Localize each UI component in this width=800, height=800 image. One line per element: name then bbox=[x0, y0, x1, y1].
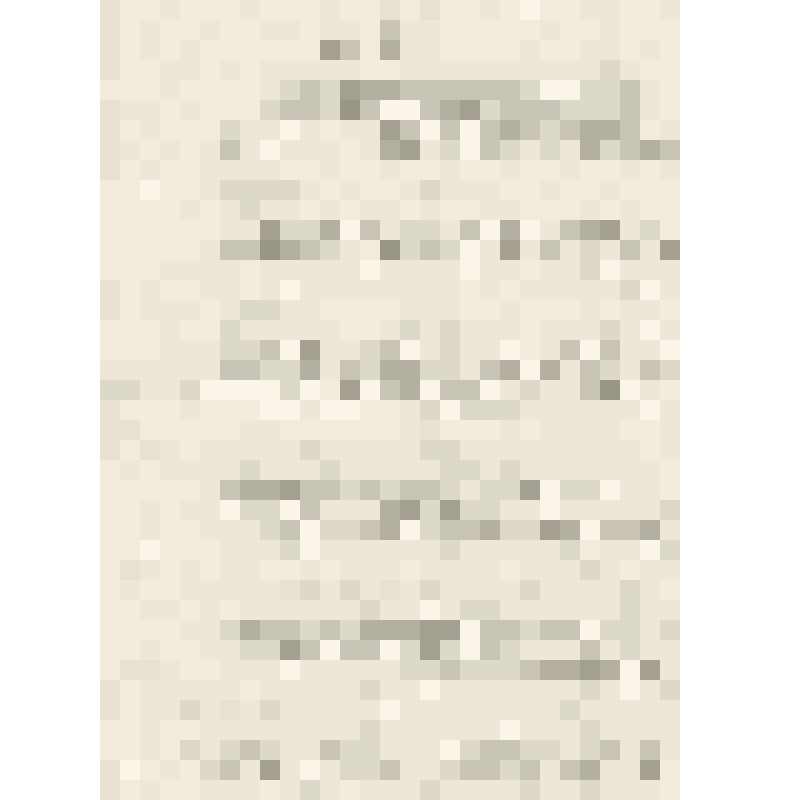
mosaic-block bbox=[520, 400, 540, 420]
mosaic-block bbox=[420, 520, 440, 540]
mosaic-block bbox=[120, 160, 140, 180]
mosaic-block bbox=[540, 200, 560, 220]
mosaic-block bbox=[500, 520, 520, 540]
mosaic-block bbox=[660, 200, 680, 220]
mosaic-block bbox=[440, 520, 460, 540]
mosaic-block bbox=[160, 260, 180, 280]
mosaic-block bbox=[620, 620, 640, 640]
mosaic-block bbox=[320, 320, 340, 340]
mosaic-block bbox=[100, 380, 120, 400]
mosaic-block bbox=[520, 360, 540, 380]
mosaic-block bbox=[220, 720, 240, 740]
mosaic-block bbox=[280, 40, 300, 60]
mosaic-block bbox=[140, 660, 160, 680]
mosaic-block bbox=[300, 580, 320, 600]
mosaic-block bbox=[140, 580, 160, 600]
mosaic-block bbox=[460, 640, 480, 660]
mosaic-block bbox=[220, 120, 240, 140]
mosaic-block bbox=[160, 560, 180, 580]
mosaic-block bbox=[200, 360, 220, 380]
mosaic-block bbox=[620, 400, 640, 420]
mosaic-block bbox=[100, 760, 120, 780]
mosaic-block bbox=[440, 200, 460, 220]
mosaic-block bbox=[460, 740, 480, 760]
mosaic-block bbox=[200, 80, 220, 100]
mosaic-block bbox=[240, 420, 260, 440]
mosaic-block bbox=[140, 720, 160, 740]
mosaic-block bbox=[180, 100, 200, 120]
mosaic-block bbox=[640, 200, 660, 220]
mosaic-block bbox=[360, 660, 380, 680]
mosaic-block bbox=[380, 780, 400, 800]
mosaic-block bbox=[620, 700, 640, 720]
mosaic-block bbox=[140, 520, 160, 540]
mosaic-block bbox=[600, 0, 620, 20]
mosaic-block bbox=[140, 160, 160, 180]
mosaic-block bbox=[280, 720, 300, 740]
mosaic-block bbox=[280, 500, 300, 520]
mosaic-block bbox=[540, 220, 560, 240]
mosaic-block bbox=[160, 400, 180, 420]
mosaic-block bbox=[500, 380, 520, 400]
mosaic-block bbox=[260, 400, 280, 420]
mosaic-block bbox=[540, 20, 560, 40]
mosaic-block bbox=[140, 400, 160, 420]
mosaic-block bbox=[320, 180, 340, 200]
mosaic-block bbox=[240, 160, 260, 180]
mosaic-block bbox=[100, 160, 120, 180]
mosaic-block bbox=[180, 140, 200, 160]
mosaic-block bbox=[540, 0, 560, 20]
mosaic-block bbox=[320, 500, 340, 520]
mosaic-block bbox=[200, 140, 220, 160]
mosaic-block bbox=[140, 420, 160, 440]
mosaic-block bbox=[120, 280, 140, 300]
mosaic-block bbox=[640, 160, 660, 180]
mosaic-block bbox=[300, 100, 320, 120]
mosaic-block bbox=[560, 500, 580, 520]
mosaic-block bbox=[520, 40, 540, 60]
mosaic-block bbox=[240, 0, 260, 20]
mosaic-block bbox=[400, 100, 420, 120]
mosaic-block bbox=[440, 420, 460, 440]
mosaic-block bbox=[120, 440, 140, 460]
mosaic-block bbox=[200, 620, 220, 640]
mosaic-block bbox=[400, 560, 420, 580]
mosaic-block bbox=[300, 200, 320, 220]
mosaic-block bbox=[600, 620, 620, 640]
mosaic-block bbox=[360, 140, 380, 160]
mosaic-block bbox=[420, 780, 440, 800]
mosaic-block bbox=[400, 740, 420, 760]
mosaic-block bbox=[640, 520, 660, 540]
mosaic-block bbox=[620, 420, 640, 440]
mosaic-block bbox=[220, 280, 240, 300]
mosaic-block bbox=[640, 780, 660, 800]
mosaic-block bbox=[320, 360, 340, 380]
mosaic-block bbox=[640, 680, 660, 700]
mosaic-block bbox=[200, 100, 220, 120]
mosaic-block bbox=[140, 200, 160, 220]
mosaic-block bbox=[440, 40, 460, 60]
mosaic-block bbox=[460, 420, 480, 440]
mosaic-block bbox=[220, 340, 240, 360]
mosaic-block bbox=[360, 100, 380, 120]
mosaic-block bbox=[660, 640, 680, 660]
mosaic-block bbox=[540, 540, 560, 560]
mosaic-block bbox=[660, 740, 680, 760]
mosaic-block bbox=[520, 560, 540, 580]
mosaic-block bbox=[560, 120, 580, 140]
mosaic-block bbox=[360, 640, 380, 660]
mosaic-block bbox=[360, 360, 380, 380]
mosaic-block bbox=[460, 680, 480, 700]
mosaic-block bbox=[220, 760, 240, 780]
mosaic-block bbox=[660, 760, 680, 780]
mosaic-block bbox=[180, 540, 200, 560]
mosaic-block bbox=[520, 160, 540, 180]
mosaic-block bbox=[600, 540, 620, 560]
mosaic-block bbox=[100, 500, 120, 520]
mosaic-block bbox=[300, 180, 320, 200]
mosaic-block bbox=[640, 340, 660, 360]
mosaic-block bbox=[620, 80, 640, 100]
mosaic-block bbox=[500, 80, 520, 100]
mosaic-block bbox=[620, 280, 640, 300]
mosaic-block bbox=[120, 780, 140, 800]
mosaic-block bbox=[560, 640, 580, 660]
mosaic-block bbox=[460, 340, 480, 360]
mosaic-block bbox=[380, 280, 400, 300]
mosaic-block bbox=[140, 600, 160, 620]
mosaic-block bbox=[660, 440, 680, 460]
mosaic-block bbox=[600, 560, 620, 580]
mosaic-block bbox=[180, 380, 200, 400]
mosaic-block bbox=[660, 300, 680, 320]
mosaic-block bbox=[160, 140, 180, 160]
mosaic-block bbox=[400, 180, 420, 200]
mosaic-block bbox=[200, 460, 220, 480]
mosaic-block bbox=[660, 500, 680, 520]
mosaic-block bbox=[220, 100, 240, 120]
mosaic-block bbox=[120, 740, 140, 760]
mosaic-block bbox=[560, 80, 580, 100]
mosaic-block bbox=[280, 780, 300, 800]
mosaic-block bbox=[420, 500, 440, 520]
mosaic-block bbox=[580, 660, 600, 680]
mosaic-block bbox=[660, 580, 680, 600]
mosaic-block bbox=[340, 540, 360, 560]
mosaic-block bbox=[200, 680, 220, 700]
mosaic-block bbox=[160, 700, 180, 720]
mosaic-block bbox=[640, 440, 660, 460]
mosaic-block bbox=[140, 380, 160, 400]
mosaic-block bbox=[120, 760, 140, 780]
mosaic-block bbox=[500, 300, 520, 320]
mosaic-block bbox=[580, 60, 600, 80]
mosaic-block bbox=[200, 240, 220, 260]
mosaic-block bbox=[440, 440, 460, 460]
mosaic-block bbox=[320, 760, 340, 780]
mosaic-block bbox=[640, 220, 660, 240]
mosaic-block bbox=[120, 580, 140, 600]
mosaic-block bbox=[600, 380, 620, 400]
mosaic-block bbox=[600, 140, 620, 160]
mosaic-block bbox=[160, 240, 180, 260]
mosaic-block bbox=[360, 320, 380, 340]
mosaic-block bbox=[420, 700, 440, 720]
mosaic-block bbox=[340, 180, 360, 200]
mosaic-block bbox=[560, 100, 580, 120]
mosaic-block bbox=[120, 520, 140, 540]
mosaic-block bbox=[280, 620, 300, 640]
mosaic-block bbox=[240, 60, 260, 80]
mosaic-block bbox=[440, 560, 460, 580]
mosaic-block bbox=[500, 280, 520, 300]
mosaic-block bbox=[360, 560, 380, 580]
mosaic-block bbox=[640, 480, 660, 500]
mosaic-block bbox=[220, 360, 240, 380]
mosaic-block bbox=[180, 580, 200, 600]
mosaic-block bbox=[200, 500, 220, 520]
mosaic-block bbox=[480, 480, 500, 500]
mosaic-block bbox=[280, 740, 300, 760]
mosaic-block bbox=[640, 620, 660, 640]
mosaic-block bbox=[320, 420, 340, 440]
mosaic-block bbox=[400, 660, 420, 680]
mosaic-block bbox=[600, 240, 620, 260]
mosaic-block bbox=[120, 0, 140, 20]
mosaic-block bbox=[140, 140, 160, 160]
mosaic-block bbox=[660, 260, 680, 280]
mosaic-block bbox=[460, 240, 480, 260]
mosaic-block bbox=[240, 620, 260, 640]
mosaic-block bbox=[560, 580, 580, 600]
mosaic-block bbox=[300, 420, 320, 440]
mosaic-block bbox=[380, 0, 400, 20]
mosaic-block bbox=[280, 400, 300, 420]
mosaic-block bbox=[620, 780, 640, 800]
mosaic-block bbox=[360, 260, 380, 280]
mosaic-block bbox=[140, 220, 160, 240]
mosaic-block bbox=[340, 220, 360, 240]
mosaic-block bbox=[160, 460, 180, 480]
mosaic-block bbox=[180, 520, 200, 540]
mosaic-block bbox=[580, 700, 600, 720]
mosaic-block bbox=[600, 700, 620, 720]
mosaic-block bbox=[380, 380, 400, 400]
mosaic-block bbox=[580, 260, 600, 280]
mosaic-block bbox=[280, 760, 300, 780]
mosaic-block bbox=[320, 160, 340, 180]
mosaic-block bbox=[480, 300, 500, 320]
mosaic-block bbox=[620, 340, 640, 360]
mosaic-block bbox=[460, 400, 480, 420]
mosaic-block bbox=[580, 120, 600, 140]
mosaic-block bbox=[300, 20, 320, 40]
mosaic-block bbox=[560, 300, 580, 320]
mosaic-block bbox=[320, 60, 340, 80]
mosaic-block bbox=[200, 480, 220, 500]
mosaic-block bbox=[260, 40, 280, 60]
mosaic-block bbox=[360, 40, 380, 60]
mosaic-block bbox=[100, 220, 120, 240]
mosaic-block bbox=[240, 200, 260, 220]
mosaic-block bbox=[440, 540, 460, 560]
mosaic-block bbox=[480, 80, 500, 100]
mosaic-block bbox=[420, 220, 440, 240]
mosaic-block bbox=[100, 580, 120, 600]
mosaic-block bbox=[240, 460, 260, 480]
mosaic-block bbox=[400, 300, 420, 320]
mosaic-block bbox=[100, 20, 120, 40]
mosaic-block bbox=[340, 740, 360, 760]
mosaic-block bbox=[600, 580, 620, 600]
mosaic-block bbox=[380, 760, 400, 780]
mosaic-block bbox=[340, 640, 360, 660]
mosaic-block bbox=[140, 360, 160, 380]
mosaic-block bbox=[420, 340, 440, 360]
mosaic-block bbox=[520, 220, 540, 240]
mosaic-block bbox=[220, 40, 240, 60]
mosaic-block bbox=[660, 320, 680, 340]
mosaic-block bbox=[600, 420, 620, 440]
mosaic-block bbox=[480, 420, 500, 440]
mosaic-block bbox=[440, 120, 460, 140]
mosaic-block bbox=[320, 680, 340, 700]
mosaic-block bbox=[380, 420, 400, 440]
mosaic-block bbox=[260, 600, 280, 620]
mosaic-block bbox=[240, 360, 260, 380]
mosaic-block bbox=[280, 420, 300, 440]
mosaic-block bbox=[260, 500, 280, 520]
mosaic-block bbox=[260, 380, 280, 400]
mosaic-block bbox=[400, 20, 420, 40]
mosaic-block bbox=[120, 60, 140, 80]
mosaic-block bbox=[420, 640, 440, 660]
mosaic-block bbox=[180, 780, 200, 800]
mosaic-block bbox=[460, 300, 480, 320]
mosaic-block bbox=[140, 240, 160, 260]
mosaic-block bbox=[540, 100, 560, 120]
mosaic-block bbox=[160, 640, 180, 660]
mosaic-block bbox=[340, 400, 360, 420]
mosaic-block bbox=[160, 440, 180, 460]
mosaic-block bbox=[160, 380, 180, 400]
mosaic-block bbox=[300, 120, 320, 140]
mosaic-block bbox=[160, 220, 180, 240]
mosaic-block bbox=[520, 20, 540, 40]
mosaic-block bbox=[640, 0, 660, 20]
mosaic-block bbox=[300, 660, 320, 680]
mosaic-block bbox=[560, 320, 580, 340]
mosaic-block bbox=[240, 220, 260, 240]
mosaic-block bbox=[640, 660, 660, 680]
mosaic-block bbox=[540, 680, 560, 700]
mosaic-block bbox=[100, 540, 120, 560]
mosaic-block bbox=[640, 540, 660, 560]
mosaic-block bbox=[580, 760, 600, 780]
mosaic-block bbox=[520, 500, 540, 520]
mosaic-block bbox=[220, 260, 240, 280]
mosaic-block bbox=[240, 280, 260, 300]
mosaic-block bbox=[600, 480, 620, 500]
mosaic-block bbox=[380, 340, 400, 360]
mosaic-block bbox=[480, 100, 500, 120]
mosaic-block bbox=[540, 420, 560, 440]
mosaic-block bbox=[660, 240, 680, 260]
mosaic-block bbox=[500, 260, 520, 280]
mosaic-block bbox=[520, 480, 540, 500]
mosaic-block bbox=[220, 420, 240, 440]
mosaic-block bbox=[520, 280, 540, 300]
mosaic-block bbox=[420, 60, 440, 80]
mosaic-block bbox=[520, 520, 540, 540]
mosaic-block bbox=[540, 40, 560, 60]
mosaic-block bbox=[620, 500, 640, 520]
mosaic-block bbox=[180, 240, 200, 260]
mosaic-block bbox=[240, 300, 260, 320]
mosaic-block bbox=[420, 620, 440, 640]
mosaic-block bbox=[560, 400, 580, 420]
mosaic-block bbox=[420, 540, 440, 560]
mosaic-block bbox=[420, 580, 440, 600]
mosaic-block bbox=[440, 100, 460, 120]
mosaic-block bbox=[140, 680, 160, 700]
mosaic-block bbox=[180, 460, 200, 480]
mosaic-block bbox=[120, 220, 140, 240]
mosaic-block bbox=[200, 660, 220, 680]
mosaic-block bbox=[440, 320, 460, 340]
mosaic-block bbox=[360, 420, 380, 440]
mosaic-block bbox=[300, 360, 320, 380]
mosaic-block bbox=[300, 440, 320, 460]
mosaic-block bbox=[400, 640, 420, 660]
mosaic-block bbox=[460, 720, 480, 740]
mosaic-block bbox=[600, 220, 620, 240]
mosaic-block bbox=[380, 640, 400, 660]
mosaic-block bbox=[500, 60, 520, 80]
mosaic-block bbox=[240, 20, 260, 40]
mosaic-block bbox=[100, 360, 120, 380]
mosaic-block bbox=[440, 400, 460, 420]
mosaic-block bbox=[660, 460, 680, 480]
mosaic-block bbox=[200, 300, 220, 320]
mosaic-block bbox=[420, 760, 440, 780]
mosaic-block bbox=[140, 700, 160, 720]
mosaic-block bbox=[240, 400, 260, 420]
mosaic-block bbox=[460, 620, 480, 640]
mosaic-block bbox=[620, 260, 640, 280]
mosaic-block bbox=[200, 640, 220, 660]
mosaic-block bbox=[220, 60, 240, 80]
mosaic-block bbox=[500, 340, 520, 360]
mosaic-block bbox=[540, 240, 560, 260]
mosaic-block bbox=[120, 260, 140, 280]
mosaic-block bbox=[140, 780, 160, 800]
mosaic-block bbox=[440, 660, 460, 680]
mosaic-block bbox=[220, 520, 240, 540]
mosaic-block bbox=[340, 200, 360, 220]
mosaic-block bbox=[180, 400, 200, 420]
mosaic-block bbox=[280, 240, 300, 260]
mosaic-block bbox=[300, 340, 320, 360]
mosaic-block bbox=[640, 720, 660, 740]
mosaic-block bbox=[100, 320, 120, 340]
mosaic-block bbox=[460, 160, 480, 180]
mosaic-block bbox=[200, 600, 220, 620]
mosaic-block bbox=[520, 680, 540, 700]
